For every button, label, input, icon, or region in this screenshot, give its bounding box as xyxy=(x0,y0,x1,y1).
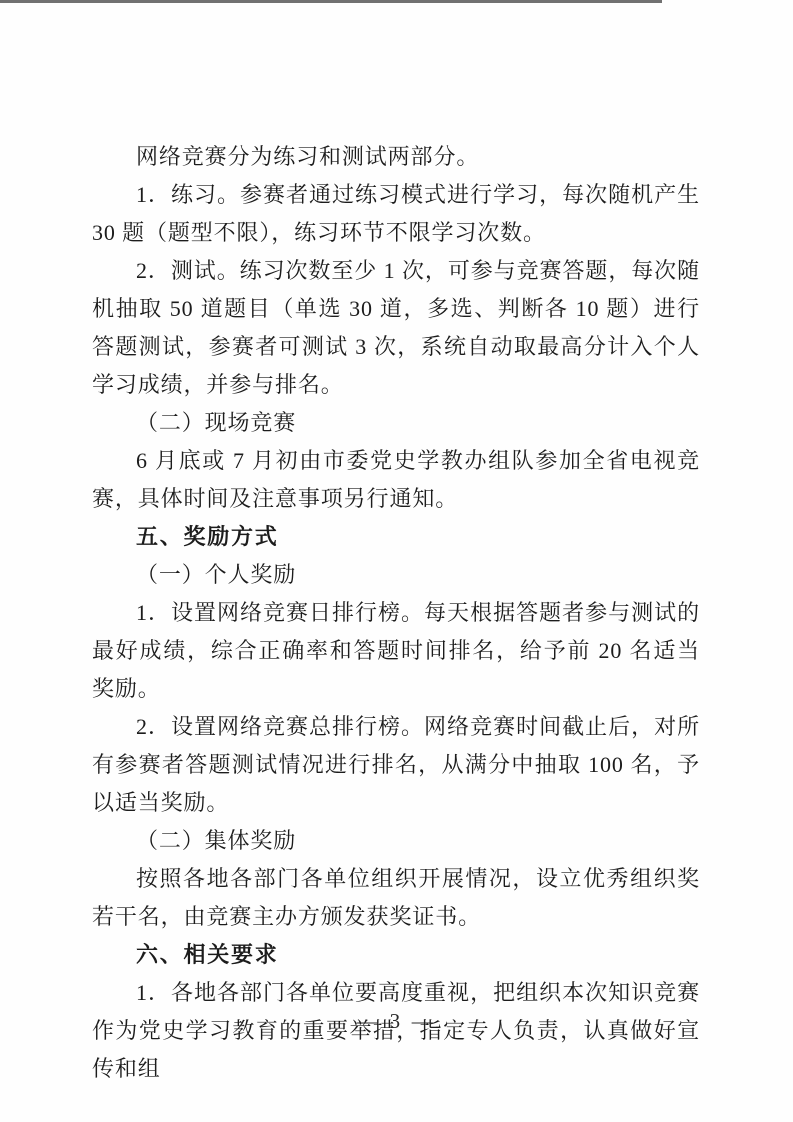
paragraph: 1．练习。参赛者通过练习模式进行学习，每次随机产生 30 题（题型不限），练习环… xyxy=(92,176,700,252)
page-number: — 3 — xyxy=(0,1006,793,1036)
paragraph: 2．测试。练习次数至少 1 次，可参与竞赛答题，每次随机抽取 50 道题目（单选… xyxy=(92,252,700,404)
document-body: 网络竞赛分为练习和测试两部分。 1．练习。参赛者通过练习模式进行学习，每次随机产… xyxy=(92,138,700,1088)
paragraph: 2．设置网络竞赛总排行榜。网络竞赛时间截止后，对所有参赛者答题测试情况进行排名，… xyxy=(92,708,700,822)
section-heading: 六、相关要求 xyxy=(92,936,700,974)
paragraph: 网络竞赛分为练习和测试两部分。 xyxy=(92,138,700,176)
document-page: 网络竞赛分为练习和测试两部分。 1．练习。参赛者通过练习模式进行学习，每次随机产… xyxy=(0,0,793,1122)
paragraph: 1．设置网络竞赛日排行榜。每天根据答题者参与测试的最好成绩，综合正确率和答题时间… xyxy=(92,594,700,708)
subsection-heading: （一）个人奖励 xyxy=(92,556,700,594)
paragraph: 6 月底或 7 月初由市委党史学教办组队参加全省电视竞赛，具体时间及注意事项另行… xyxy=(92,442,700,518)
paragraph: 按照各地各部门各单位组织开展情况，设立优秀组织奖若干名，由竞赛主办方颁发获奖证书… xyxy=(92,860,700,936)
scan-artifact-line xyxy=(0,0,662,3)
subsection-heading: （二）集体奖励 xyxy=(92,822,700,860)
section-heading: 五、奖励方式 xyxy=(92,518,700,556)
subsection-heading: （二）现场竞赛 xyxy=(92,404,700,442)
